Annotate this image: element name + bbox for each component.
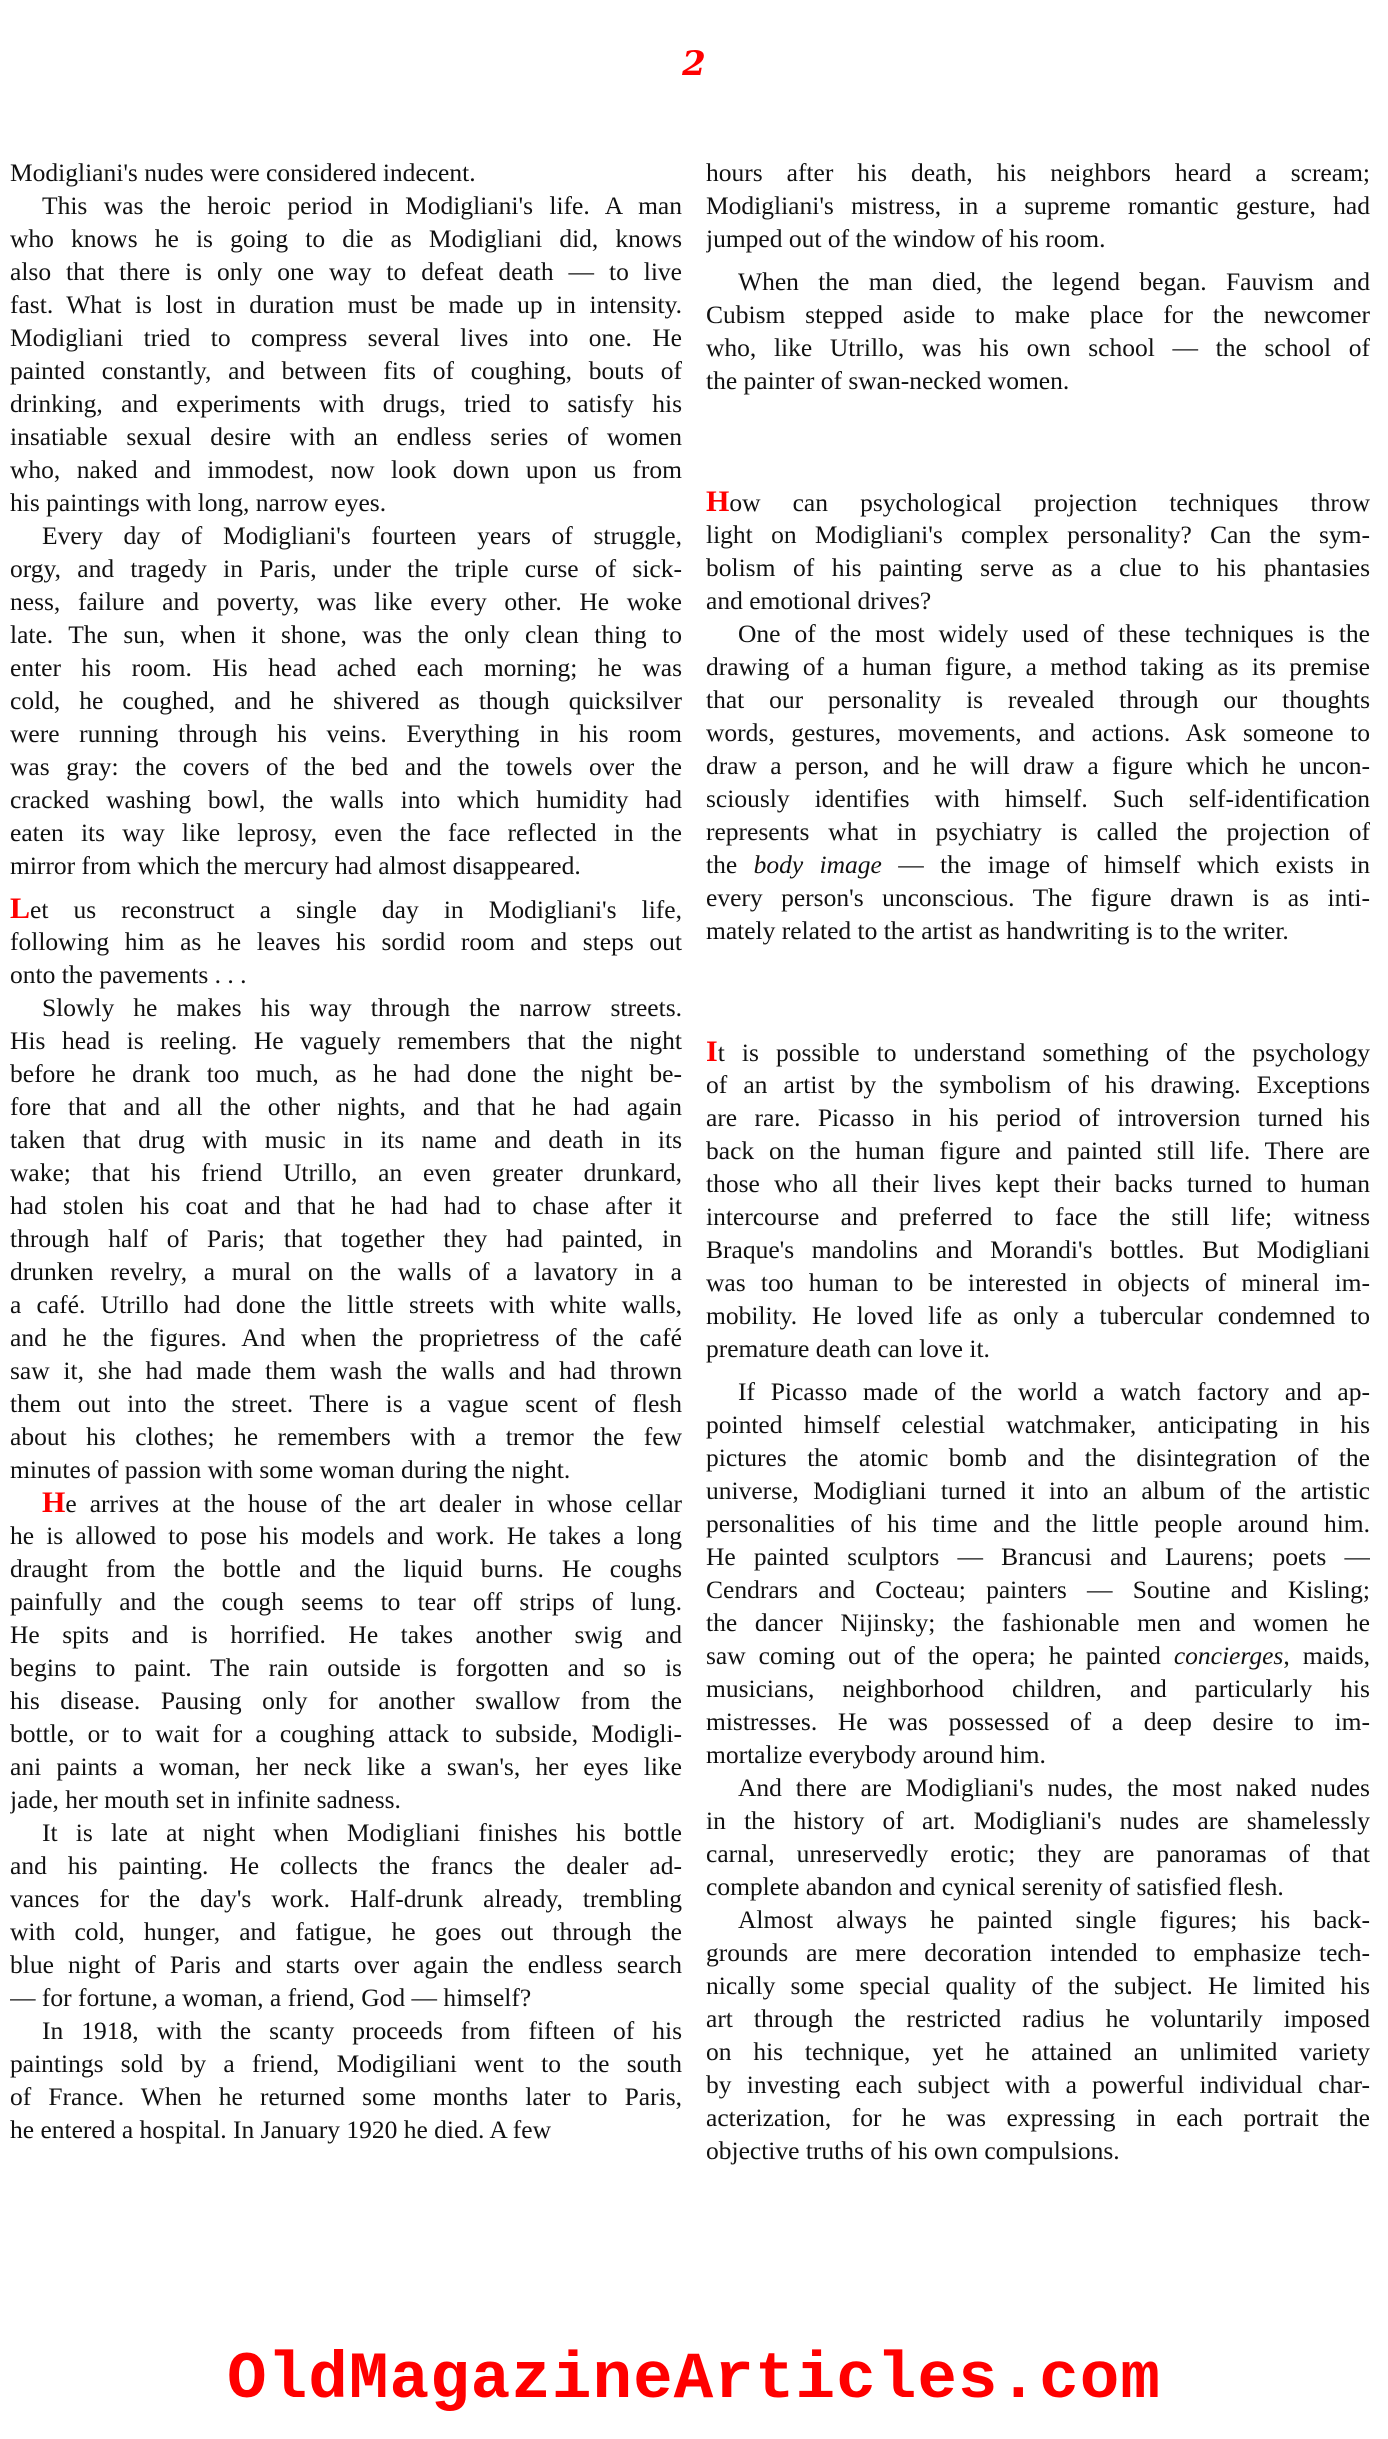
text-line: This was the heroic period in Modigliani… [10, 189, 682, 222]
text-line: painted constantly, and between fits of … [10, 354, 682, 387]
red-initial-letter: L [10, 892, 30, 925]
text-line: fast. What is lost in duration must be m… [10, 288, 682, 321]
text-line: was gray: the covers of the bed and the … [10, 750, 682, 783]
text-line: orgy, and tragedy in Paris, under the tr… [10, 552, 682, 585]
text-line: every person's unconscious. The figure d… [706, 881, 1370, 914]
text-line: saw coming out of the opera; he painted … [706, 1639, 1370, 1672]
site-watermark: OldMagazineArticles.com [0, 2340, 1388, 2420]
text-line: taken that drug with music in its name a… [10, 1123, 682, 1156]
article-paragraph: When the man died, the legend began. Fau… [706, 265, 1370, 397]
article-paragraph: If Picasso made of the world a watch fac… [706, 1375, 1370, 1771]
text-line: premature death can love it. [706, 1332, 1370, 1365]
text-line: mately related to the artist as handwrit… [706, 914, 1370, 947]
text-line: And there are Modigliani's nudes, the mo… [706, 1771, 1370, 1804]
article-paragraph: Let us reconstruct a single day in Modig… [10, 892, 682, 991]
text-line: painfully and the cough seems to tear of… [10, 1585, 682, 1618]
text-line: In 1918, with the scanty proceeds from f… [10, 2014, 682, 2047]
text-line: through half of Paris; that together the… [10, 1222, 682, 1255]
text-line: who knows he is going to die as Modiglia… [10, 222, 682, 255]
text-line: he entered a hospital. In January 1920 h… [10, 2113, 682, 2146]
text-line: art through the restricted radius he vol… [706, 2002, 1370, 2035]
text-line: wake; that his friend Utrillo, an even g… [10, 1156, 682, 1189]
text-line: — for fortune, a woman, a friend, God — … [10, 1981, 682, 2014]
text-line: drunken revelry, a mural on the walls of… [10, 1255, 682, 1288]
text-line: the painter of swan-necked women. [706, 364, 1370, 397]
text-line: mirror from which the mercury had almost… [10, 849, 682, 882]
text-line: begins to paint. The rain outside is for… [10, 1651, 682, 1684]
text-line: One of the most widely used of these tec… [706, 617, 1370, 650]
text-line: and emotional drives? [706, 584, 1370, 617]
text-line: He painted sculptors — Brancusi and Laur… [706, 1540, 1370, 1573]
text-line: paintings sold by a friend, Modigiliani … [10, 2047, 682, 2080]
red-initial-letter: H [706, 485, 729, 518]
text-line: those who all their lives kept their bac… [706, 1167, 1370, 1200]
text-line: the body image — the image of himself wh… [706, 848, 1370, 881]
text-line: minutes of passion with some woman durin… [10, 1453, 682, 1486]
page-number: 2 [0, 44, 1388, 84]
text-line: hours after his death, his neighbors hea… [706, 156, 1370, 189]
text-line: ness, failure and poverty, was like ever… [10, 585, 682, 618]
text-line: represents what in psychiatry is called … [706, 815, 1370, 848]
text-line: intercourse and preferred to face the st… [706, 1200, 1370, 1233]
article-paragraph: How can psychological projection techniq… [706, 485, 1370, 617]
text-line: jumped out of the window of his room. [706, 222, 1370, 255]
text-line: pictures the atomic bomb and the disinte… [706, 1441, 1370, 1474]
text-line: drawing of a human figure, a method taki… [706, 650, 1370, 683]
text-line: He spits and is horrified. He takes anot… [10, 1618, 682, 1651]
text-line: light on Modigliani's complex personalit… [706, 518, 1370, 551]
text-line: them out into the street. There is a vag… [10, 1387, 682, 1420]
text-line: on his technique, yet he attained an unl… [706, 2035, 1370, 2068]
text-line: Braque's mandolins and Morandi's bottles… [706, 1233, 1370, 1266]
text-line: Almost always he painted single figures;… [706, 1903, 1370, 1936]
text-line: complete abandon and cynical serenity of… [706, 1870, 1370, 1903]
section-gap [706, 1365, 1370, 1375]
italic-emphasis: body image [754, 850, 882, 879]
article-paragraph: Slowly he makes his way through the narr… [10, 991, 682, 1486]
text-line: When the man died, the legend began. Fau… [706, 265, 1370, 298]
text-line: draw a person, and he will draw a figure… [706, 749, 1370, 782]
text-line: of France. When he returned some months … [10, 2080, 682, 2113]
text-line: bottle, or to wait for a coughing attack… [10, 1717, 682, 1750]
article-paragraph: Every day of Modigliani's fourteen years… [10, 519, 682, 882]
text-line: grounds are mere decoration intended to … [706, 1936, 1370, 1969]
text-line: the dancer Nijinsky; the fashionable men… [706, 1606, 1370, 1639]
italic-emphasis: concierges [1174, 1641, 1284, 1670]
text-line: ani paints a woman, her neck like a swan… [10, 1750, 682, 1783]
text-line: his disease. Pausing only for another sw… [10, 1684, 682, 1717]
article-paragraph: It is late at night when Modigliani fini… [10, 1816, 682, 2014]
text-line: with cold, hunger, and fatigue, he goes … [10, 1915, 682, 1948]
text-line-rest: et us reconstruct a single day in Modigl… [30, 895, 682, 924]
text-line: pointed himself celestial watchmaker, an… [706, 1408, 1370, 1441]
text-line: It is possible to understand something o… [706, 1035, 1370, 1068]
text-line: about his clothes; he remembers with a t… [10, 1420, 682, 1453]
text-line: in the history of art. Modigliani's nude… [706, 1804, 1370, 1837]
article-paragraph: This was the heroic period in Modigliani… [10, 189, 682, 519]
text-line: he is allowed to pose his models and wor… [10, 1519, 682, 1552]
text-line: drinking, and experiments with drugs, tr… [10, 387, 682, 420]
text-line: His head is reeling. He vaguely remember… [10, 1024, 682, 1057]
text-line: draught from the bottle and the liquid b… [10, 1552, 682, 1585]
text-line: before he drank too much, as he had done… [10, 1057, 682, 1090]
text-line: acterization, for he was expressing in e… [706, 2101, 1370, 2134]
text-line: If Picasso made of the world a watch fac… [706, 1375, 1370, 1408]
text-line: vances for the day's work. Half-drunk al… [10, 1882, 682, 1915]
section-gap [706, 255, 1370, 265]
text-line: Modigliani's nudes were considered indec… [10, 156, 682, 189]
text-line: of an artist by the symbolism of his dra… [706, 1068, 1370, 1101]
text-line: musicians, neighborhood children, and pa… [706, 1672, 1370, 1705]
section-gap [706, 397, 1370, 485]
text-line: back on the human figure and painted sti… [706, 1134, 1370, 1167]
text-line: objective truths of his own compulsions. [706, 2134, 1370, 2167]
red-initial-letter: H [42, 1486, 65, 1519]
text-line: by investing each subject with a powerfu… [706, 2068, 1370, 2101]
text-line: saw it, she had made them wash the walls… [10, 1354, 682, 1387]
text-line: Modigliani tried to compress several liv… [10, 321, 682, 354]
red-initial-letter: I [706, 1035, 718, 1068]
text-line: personalities of his time and the little… [706, 1507, 1370, 1540]
article-paragraph: In 1918, with the scanty proceeds from f… [10, 2014, 682, 2146]
text-line: jade, her mouth set in infinite sadness. [10, 1783, 682, 1816]
text-line: mistresses. He was possessed of a deep d… [706, 1705, 1370, 1738]
text-line-rest: t is possible to understand something of… [718, 1038, 1370, 1067]
section-gap [10, 882, 682, 892]
left-column: Modigliani's nudes were considered indec… [10, 156, 682, 2146]
text-line: insatiable sexual desire with an endless… [10, 420, 682, 453]
article-paragraph: One of the most widely used of these tec… [706, 617, 1370, 947]
text-line: Cubism stepped aside to make place for t… [706, 298, 1370, 331]
text-line: He arrives at the house of the art deale… [10, 1486, 682, 1519]
text-line: who, naked and immodest, now look down u… [10, 453, 682, 486]
text-line: Let us reconstruct a single day in Modig… [10, 892, 682, 925]
text-line: a café. Utrillo had done the little stre… [10, 1288, 682, 1321]
right-column: hours after his death, his neighbors hea… [706, 156, 1370, 2167]
text-line: his paintings with long, narrow eyes. [10, 486, 682, 519]
text-line: enter his room. His head ached each morn… [10, 651, 682, 684]
text-line: nically some special quality of the subj… [706, 1969, 1370, 2002]
text-line: carnal, unreservedly erotic; they are pa… [706, 1837, 1370, 1870]
text-line: was too human to be interested in object… [706, 1266, 1370, 1299]
text-line: words, gestures, movements, and actions.… [706, 716, 1370, 749]
text-line: had stolen his coat and that he had had … [10, 1189, 682, 1222]
text-line: following him as he leaves his sordid ro… [10, 925, 682, 958]
text-line: Every day of Modigliani's fourteen years… [10, 519, 682, 552]
text-line: onto the pavements . . . [10, 958, 682, 991]
article-paragraph: And there are Modigliani's nudes, the mo… [706, 1771, 1370, 1903]
text-line: fore that and all the other nights, and … [10, 1090, 682, 1123]
text-line: Modigliani's mistress, in a supreme roma… [706, 189, 1370, 222]
text-line: How can psychological projection techniq… [706, 485, 1370, 518]
section-gap [706, 947, 1370, 1035]
article-paragraph: Almost always he painted single figures;… [706, 1903, 1370, 2167]
article-paragraph: It is possible to understand something o… [706, 1035, 1370, 1365]
text-line: and he the figures. And when the proprie… [10, 1321, 682, 1354]
text-line: blue night of Paris and starts over agai… [10, 1948, 682, 1981]
text-line: late. The sun, when it shone, was the on… [10, 618, 682, 651]
text-line: universe, Modigliani turned it into an a… [706, 1474, 1370, 1507]
text-line: cold, he coughed, and he shivered as tho… [10, 684, 682, 717]
text-line: Slowly he makes his way through the narr… [10, 991, 682, 1024]
text-line: that our personality is revealed through… [706, 683, 1370, 716]
text-line: bolism of his painting serve as a clue t… [706, 551, 1370, 584]
text-line: sciously identifies with himself. Such s… [706, 782, 1370, 815]
text-line-rest: ow can psychological projection techniqu… [729, 488, 1370, 517]
text-line: were running through his veins. Everythi… [10, 717, 682, 750]
text-line-rest: e arrives at the house of the art dealer… [65, 1489, 682, 1518]
text-line: are rare. Picasso in his period of intro… [706, 1101, 1370, 1134]
text-line: also that there is only one way to defea… [10, 255, 682, 288]
article-paragraph: hours after his death, his neighbors hea… [706, 156, 1370, 255]
article-paragraph: He arrives at the house of the art deale… [10, 1486, 682, 1816]
text-line: eaten its way like leprosy, even the fac… [10, 816, 682, 849]
article-paragraph: Modigliani's nudes were considered indec… [10, 156, 682, 189]
text-line: and his painting. He collects the francs… [10, 1849, 682, 1882]
text-line: It is late at night when Modigliani fini… [10, 1816, 682, 1849]
text-line: Cendrars and Cocteau; painters — Soutine… [706, 1573, 1370, 1606]
text-line: cracked washing bowl, the walls into whi… [10, 783, 682, 816]
text-line: mortalize everybody around him. [706, 1738, 1370, 1771]
text-line: who, like Utrillo, was his own school — … [706, 331, 1370, 364]
text-line: mobility. He loved life as only a tuberc… [706, 1299, 1370, 1332]
